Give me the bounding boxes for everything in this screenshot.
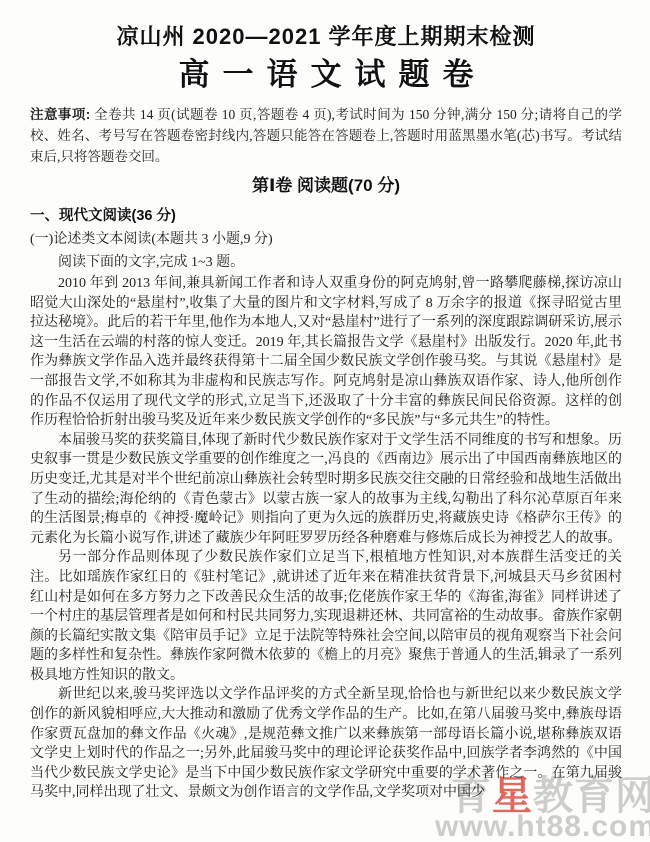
notice-text: 全卷共 14 页(试题卷 10 页,答题卷 4 页),考试时间为 150 分钟,… bbox=[30, 107, 622, 164]
exam-paper-title: 高一语文试题卷 bbox=[30, 54, 622, 96]
reading-instruction: 阅读下面的文字,完成 1~3 题。 bbox=[30, 251, 622, 274]
passage-paragraph-2: 本届骏马奖的获奖篇目,体现了新时代少数民族作家对于文学生活不同维度的书写和想象。… bbox=[30, 431, 622, 549]
passage-paragraph-4: 新世纪以来,骏马奖评选以文学作品评奖的方式全新呈现,恰恰也与新世纪以来少数民族文… bbox=[30, 685, 622, 803]
passage-paragraph-1: 2010 年到 2013 年间,兼具新闻工作者和诗人双重身份的阿克鸠射,曾一路攀… bbox=[30, 274, 622, 431]
exam-paper-page: 凉山州 2020—2021 学年度上期期末检测 高一语文试题卷 注意事项: 全卷… bbox=[0, 0, 650, 842]
subpart-heading-argumentative-text: (一)论述类文本阅读(本题共 3 小题,9 分) bbox=[30, 228, 622, 251]
notice-block: 注意事项: 全卷共 14 页(试题卷 10 页,答题卷 4 页),考试时间为 1… bbox=[30, 104, 622, 167]
notice-label: 注意事项: bbox=[30, 107, 90, 122]
exam-session-title: 凉山州 2020—2021 学年度上期期末检测 bbox=[30, 22, 622, 52]
part-heading-modern-reading: 一、现代文阅读(36 分) bbox=[30, 205, 622, 228]
reading-passage: 2010 年到 2013 年间,兼具新闻工作者和诗人双重身份的阿克鸠射,曾一路攀… bbox=[30, 274, 622, 803]
section-heading: 第Ⅰ卷 阅读题(70 分) bbox=[30, 174, 622, 198]
passage-paragraph-3: 另一部分作品则体现了少数民族作家们立足当下,根植地方性知识,对本族群生活变迁的关… bbox=[30, 548, 622, 685]
